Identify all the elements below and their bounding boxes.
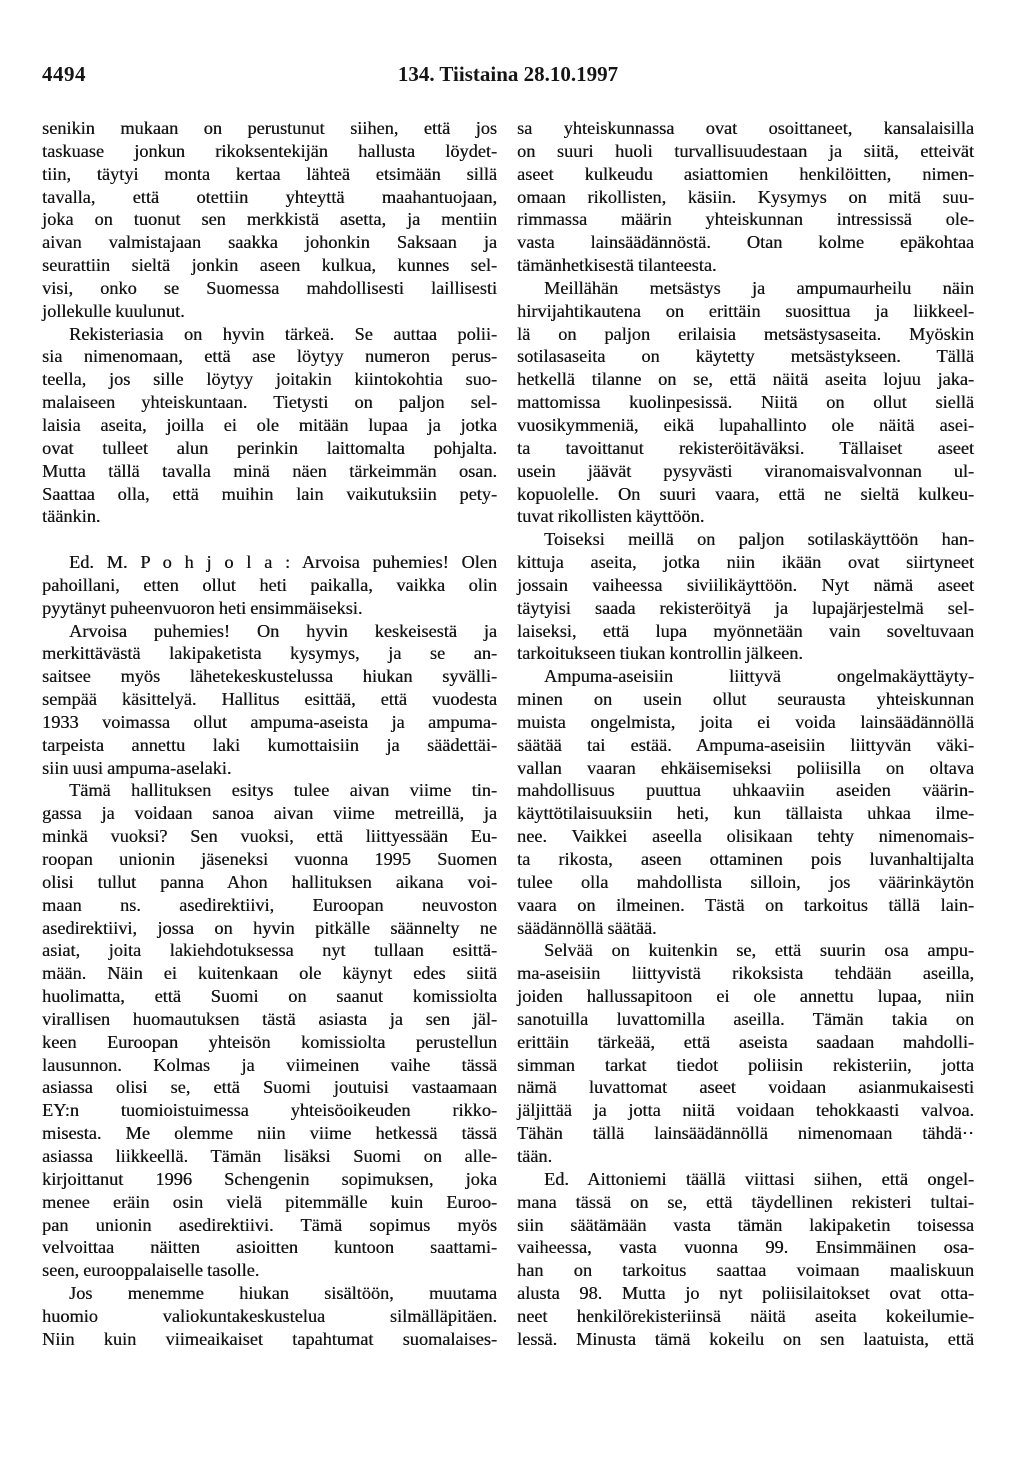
text-line: misesta. Me olemme niin viime hetkessä t… bbox=[42, 1122, 497, 1145]
text-line: vaiheessa, vasta vuonna 99. Ensimmäinen … bbox=[517, 1236, 974, 1259]
text-line: Rekisteriasia on hyvin tärkeä. Se auttaa… bbox=[42, 323, 497, 346]
text-line: tulee olla mahdollista silloin, jos väär… bbox=[517, 871, 974, 894]
text-line: jossain vaiheessa siviilikäyttöön. Nyt n… bbox=[517, 574, 974, 597]
text-line: omaan rikollisten, käsiin. Kysymys on mi… bbox=[517, 186, 974, 209]
text-line: saitsee myös lähetekeskustelussa hiukan … bbox=[42, 665, 497, 688]
text-line: gassa ja voidaan sanoa aivan viime metre… bbox=[42, 802, 497, 825]
text-line: minen on usein ollut seurausta yhteiskun… bbox=[517, 688, 974, 711]
text-line: maan ns. asedirektiivi, Euroopan neuvost… bbox=[42, 894, 497, 917]
text-line: laiseksi, että lupa myönnetään vain sove… bbox=[517, 620, 974, 643]
text-line: aseet kulkeudu asiattomien henkilöitten,… bbox=[517, 163, 974, 186]
text-line: asiassa liikkeellä. Tämän lisäksi Suomi … bbox=[42, 1145, 497, 1168]
text-line: asiassa olisi se, että Suomi joutuisi va… bbox=[42, 1076, 497, 1099]
text-line: neet henkilörekisteriinsä näitä aseita k… bbox=[517, 1305, 974, 1328]
text-line: teella, jos sille löytyy joitakin kiinto… bbox=[42, 368, 497, 391]
paragraph: Selvää on kuitenkin se, että suurin osa … bbox=[517, 939, 974, 1167]
text-line: kirjoittanut 1996 Schengenin sopimuksen,… bbox=[42, 1168, 497, 1191]
text-line: alusta 98. Mutta jo nyt poliisilaitokset… bbox=[517, 1282, 974, 1305]
text-line: tavalla, että otettiin yhteyttä maahantu… bbox=[42, 186, 497, 209]
text-line: siin uusi ampuma-aselaki. bbox=[42, 757, 497, 780]
text-line: laisia aseita, joilla ei ole mitään lupa… bbox=[42, 414, 497, 437]
text-line: sa yhteiskunnassa ovat osoittaneet, kans… bbox=[517, 117, 974, 140]
text-line: menee eräin osin vielä pitemmälle kuin E… bbox=[42, 1191, 497, 1214]
text-line: ta tavoittanut rekisteröitäväksi. Tällai… bbox=[517, 437, 974, 460]
text-line: asedirektiivi, jossa on hyvin pitkälle s… bbox=[42, 917, 497, 940]
paragraph: Tämä hallituksen esitys tulee aivan viim… bbox=[42, 779, 497, 1282]
text-line: tiin, täytyi monta kertaa lähteä etsimää… bbox=[42, 163, 497, 186]
paragraph: senikin mukaan on perustunut siihen, ett… bbox=[42, 117, 497, 323]
text-line: virallisen huomautuksen tästä asiasta ja… bbox=[42, 1008, 497, 1031]
text-line: velvoittaa näitten asioitten kuntoon saa… bbox=[42, 1236, 497, 1259]
text-line: lä on paljon erilaisia metsästysaseita. … bbox=[517, 323, 974, 346]
text-line: ovat tulleet alun perinkin laittomalta p… bbox=[42, 437, 497, 460]
text-line: sanotuilla luvattomilla aseilla. Tämän t… bbox=[517, 1008, 974, 1031]
text-line: nee. Vaikkei aseella olisikaan tehty nim… bbox=[517, 825, 974, 848]
text-line: joiden hallussapitoon ei ole annettu lup… bbox=[517, 985, 974, 1008]
text-line: tarkoitukseen tiukan kontrollin jälkeen. bbox=[517, 642, 974, 665]
text-line: vaara on ilmeinen. Tästä on tarkoitus tä… bbox=[517, 894, 974, 917]
page-number: 4494 bbox=[42, 62, 86, 87]
text-column-right: sa yhteiskunnassa ovat osoittaneet, kans… bbox=[517, 117, 974, 1351]
text-line: Ed. M. P o h j o l a : Arvoisa puhemies!… bbox=[42, 551, 497, 574]
text-line: mana tässä on se, että täydellinen rekis… bbox=[517, 1191, 974, 1214]
text-line: simman tarkat tiedot poliisin rekisterii… bbox=[517, 1054, 974, 1077]
text-line: senikin mukaan on perustunut siihen, ett… bbox=[42, 117, 497, 140]
text-line: pyytänyt puheenvuoron heti ensimmäiseksi… bbox=[42, 597, 497, 620]
text-line: joka on tuonut sen merkkistä asetta, ja … bbox=[42, 208, 497, 231]
paragraph: Rekisteriasia on hyvin tärkeä. Se auttaa… bbox=[42, 323, 497, 529]
text-line: jäljittää ja jotta niitä voidaan tehokka… bbox=[517, 1099, 974, 1122]
text-line: Jos menemme hiukan sisältöön, muutama bbox=[42, 1282, 497, 1305]
text-line: ma-aseisiin liittyvistä rikoksista tehdä… bbox=[517, 962, 974, 985]
text-line: erittäin tärkeää, että aseista saadaan m… bbox=[517, 1031, 974, 1054]
text-line: seen, eurooppalaiselle tasolle. bbox=[42, 1259, 497, 1282]
page-header: 4494 134. Tiistaina 28.10.1997 bbox=[42, 62, 974, 86]
paragraph: Ed. Aittoniemi täällä viittasi siihen, e… bbox=[517, 1168, 974, 1351]
text-line: keen Euroopan yhteisön komissiolta perus… bbox=[42, 1031, 497, 1054]
text-line: vasta lainsäädännöstä. Otan kolme epäkoh… bbox=[517, 231, 974, 254]
text-line: minkä vuoksi? Sen vuoksi, että liittyess… bbox=[42, 825, 497, 848]
text-line: Arvoisa puhemies! On hyvin keskeisestä j… bbox=[42, 620, 497, 643]
text-line: hirvijahtikautena on erittäin suosittua … bbox=[517, 300, 974, 323]
text-line: mahdollisuus puuttua uhkaaviin aseiden v… bbox=[517, 779, 974, 802]
paragraph: Toiseksi meillä on paljon sotilaskäyttöö… bbox=[517, 528, 974, 665]
text-line: ta rikosta, aseen ottaminen pois luvanha… bbox=[517, 848, 974, 871]
text-line: sia nimenomaan, että ase löytyy numeron … bbox=[42, 345, 497, 368]
text-line: Selvää on kuitenkin se, että suurin osa … bbox=[517, 939, 974, 962]
text-line: tuvat rikollisten käyttöön. bbox=[517, 505, 974, 528]
text-line: Tähän tällä lainsäädännöllä nimenomaan t… bbox=[517, 1122, 974, 1145]
text-line: hetkellä tilanne on se, että näitä aseit… bbox=[517, 368, 974, 391]
text-line: 1933 voimassa ollut ampuma-aseista ja am… bbox=[42, 711, 497, 734]
document-page: 4494 134. Tiistaina 28.10.1997 senikin m… bbox=[0, 0, 1024, 1478]
text-line: Saattaa olla, että muihin lain vaikutuks… bbox=[42, 483, 497, 506]
text-line: visi, onko se Suomessa mahdollisesti lai… bbox=[42, 277, 497, 300]
text-line: nämä luvattomat aseet voidaan asianmukai… bbox=[517, 1076, 974, 1099]
text-line: lessä. Minusta tämä kokeilu on sen laatu… bbox=[517, 1328, 974, 1351]
text-line: Tämä hallituksen esitys tulee aivan viim… bbox=[42, 779, 497, 802]
text-line: sotilasaseita on käytetty metsästykseen.… bbox=[517, 345, 974, 368]
text-line: mattomissa kuolinpesissä. Niitä on ollut… bbox=[517, 391, 974, 414]
text-line: vallan vaaran ehkäisemiseksi poliisilla … bbox=[517, 757, 974, 780]
text-line: han on tarkoitus saattaa voimaan maalisk… bbox=[517, 1259, 974, 1282]
text-line: olisi tullut panna Ahon hallituksen aika… bbox=[42, 871, 497, 894]
text-line: huomio valiokuntakeskustelua silmälläpit… bbox=[42, 1305, 497, 1328]
paragraph: Jos menemme hiukan sisältöön, muutamahuo… bbox=[42, 1282, 497, 1351]
text-line: taskuase jonkun rikoksentekijän hallusta… bbox=[42, 140, 497, 163]
text-line: Meillähän metsästys ja ampumaurheilu näi… bbox=[517, 277, 974, 300]
text-line: lausunnon. Kolmas ja viimeinen vaihe täs… bbox=[42, 1054, 497, 1077]
text-line: kopuolelle. On suuri vaara, että ne siel… bbox=[517, 483, 974, 506]
text-line: täytyisi saada rekisteröityä ja lupajärj… bbox=[517, 597, 974, 620]
session-title: 134. Tiistaina 28.10.1997 bbox=[42, 62, 974, 87]
text-line: käyttötilaisuuksiin heti, kun tällaista … bbox=[517, 802, 974, 825]
text-line: usein jäävät pysyvästi viranomaisvalvonn… bbox=[517, 460, 974, 483]
paragraph: Arvoisa puhemies! On hyvin keskeisestä j… bbox=[42, 620, 497, 780]
text-line: tään. bbox=[517, 1145, 974, 1168]
text-line: asiat, joita lakiehdotuksessa nyt tullaa… bbox=[42, 939, 497, 962]
text-line: vuosikymmeniä, eikä lupahallinto ole näi… bbox=[517, 414, 974, 437]
text-line: Niin kuin viimeaikaiset tapahtumat suoma… bbox=[42, 1328, 497, 1351]
text-line: Toiseksi meillä on paljon sotilaskäyttöö… bbox=[517, 528, 974, 551]
text-line: Ed. Aittoniemi täällä viittasi siihen, e… bbox=[517, 1168, 974, 1191]
text-line: tämänhetkisestä tilanteesta. bbox=[517, 254, 974, 277]
text-line: EY:n tuomioistuimessa yhteisöoikeuden ri… bbox=[42, 1099, 497, 1122]
text-line: täänkin. bbox=[42, 505, 497, 528]
text-line: malaiseen yhteiskuntaan. Tietysti on pal… bbox=[42, 391, 497, 414]
text-line: muista ongelmista, joita ei voida lainsä… bbox=[517, 711, 974, 734]
paragraph: sa yhteiskunnassa ovat osoittaneet, kans… bbox=[517, 117, 974, 277]
text-line: Ampuma-aseisiin liittyvä ongelmakäyttäyt… bbox=[517, 665, 974, 688]
text-line: sempää käsittelyä. Hallitus esittää, ett… bbox=[42, 688, 497, 711]
text-line: säätää tai estää. Ampuma-aseisiin liitty… bbox=[517, 734, 974, 757]
text-line: huolimatta, että Suomi on saanut komissi… bbox=[42, 985, 497, 1008]
paragraph: Ampuma-aseisiin liittyvä ongelmakäyttäyt… bbox=[517, 665, 974, 939]
text-line: säädännöllä säätää. bbox=[517, 917, 974, 940]
text-line: aivan valmistajaan saakka johonkin Saksa… bbox=[42, 231, 497, 254]
text-line: pan unionin asedirektiivi. Tämä sopimus … bbox=[42, 1214, 497, 1237]
text-line: mään. Näin ei kuitenkaan ole käynyt edes… bbox=[42, 962, 497, 985]
text-line: rimmassa määrin yhteiskunnan intressissä… bbox=[517, 208, 974, 231]
text-line: jollekulle kuulunut. bbox=[42, 300, 497, 323]
paragraph: Ed. M. P o h j o l a : Arvoisa puhemies!… bbox=[42, 551, 497, 620]
text-line: seurattiin sieltä jonkin aseen kulkua, k… bbox=[42, 254, 497, 277]
text-line: roopan unionin jäseneksi vuonna 1995 Suo… bbox=[42, 848, 497, 871]
text-column-left: senikin mukaan on perustunut siihen, ett… bbox=[42, 117, 497, 1351]
text-line: Mutta tällä tavalla minä näen tärkeimmän… bbox=[42, 460, 497, 483]
text-line: kittuja aseita, jotka niin ikään ovat si… bbox=[517, 551, 974, 574]
text-line: on suuri huoli turvallisuudestaan ja sii… bbox=[517, 140, 974, 163]
paragraph: Meillähän metsästys ja ampumaurheilu näi… bbox=[517, 277, 974, 528]
text-line: pahoillani, etten ollut heti paikalla, v… bbox=[42, 574, 497, 597]
text-line: merkittävästä lakipaketista kysymys, ja … bbox=[42, 642, 497, 665]
text-line: siin säätämään vasta tämän lakipaketin t… bbox=[517, 1214, 974, 1237]
text-line: tarpeista annettu laki kumottaisiin ja s… bbox=[42, 734, 497, 757]
